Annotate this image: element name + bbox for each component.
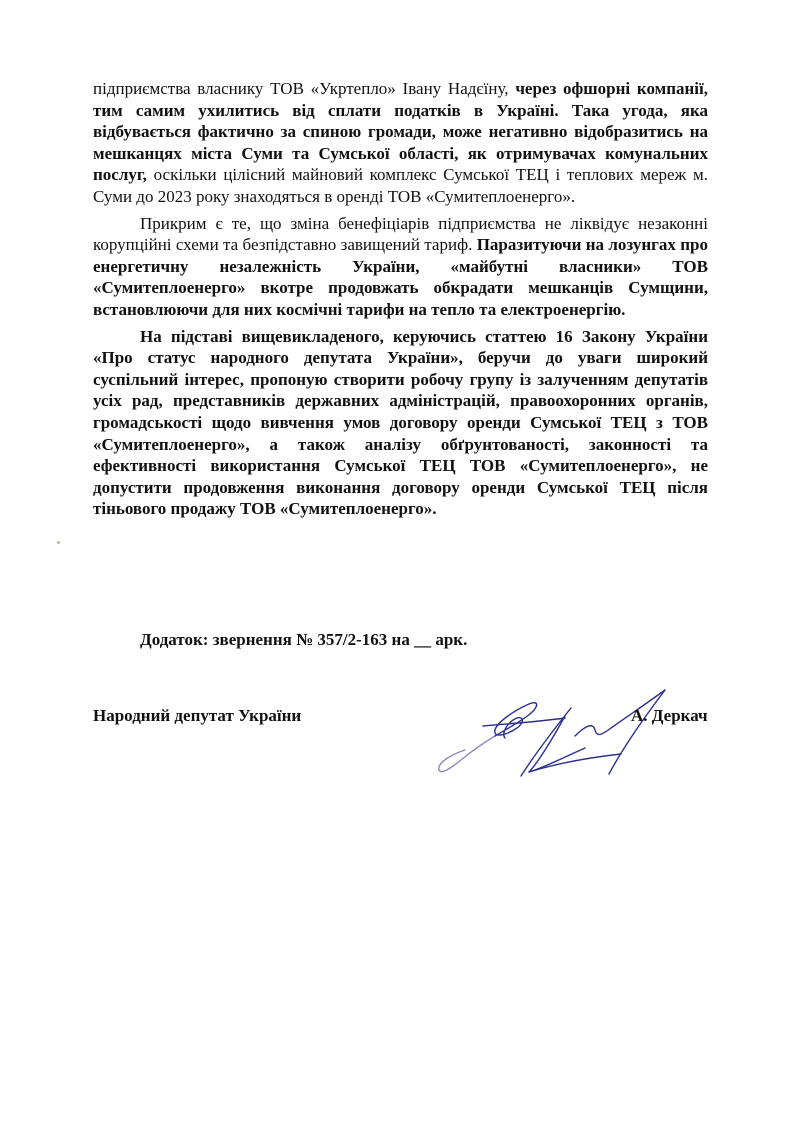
document-body: підприємства власнику ТОВ «Укртепло» Іва…	[93, 78, 708, 525]
signatory-name: А. Деркач	[631, 706, 708, 726]
paragraph-1: підприємства власнику ТОВ «Укртепло» Іва…	[93, 78, 708, 208]
paragraph-1-text-a: підприємства власнику ТОВ «Укртепло» Іва…	[93, 79, 515, 98]
paragraph-2: Прикрим є те, що зміна бенефіціарів підп…	[93, 213, 708, 321]
attachment-note: Додаток: звернення № 357/2-163 на __ арк…	[140, 630, 467, 650]
scan-speck	[57, 541, 60, 544]
signatory-title: Народний депутат України	[93, 706, 301, 726]
paragraph-1-text-c: оскільки цілісний майновий комплекс Сумс…	[93, 165, 708, 206]
paragraph-3: На підставі вищевикладеного, керуючись с…	[93, 326, 708, 520]
paragraph-3-text: На підставі вищевикладеного, керуючись с…	[93, 327, 708, 519]
handwritten-signature-icon	[425, 678, 685, 790]
